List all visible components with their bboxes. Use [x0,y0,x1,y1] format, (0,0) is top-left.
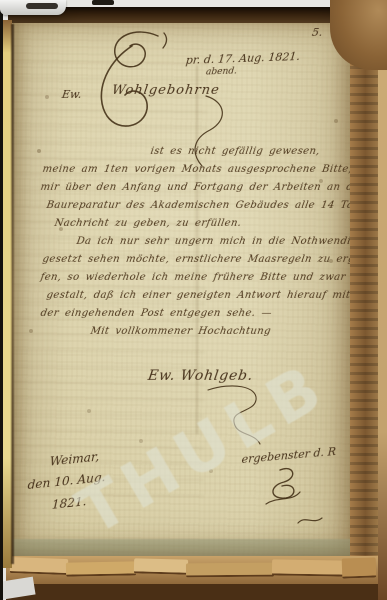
stack-shadow [6,584,378,600]
handwritten-line: Da ich nur sehr ungern mich in die Nothw… [75,236,380,254]
margin-ink-mark [296,512,324,528]
letter-body: ist es nicht gefällig gewesen, meine am … [40,146,378,344]
page-stack-right-edge [350,12,378,588]
signature-monogram [256,462,304,510]
handwritten-line: ist es nicht gefällig gewesen, [149,146,380,164]
scanner-clamp-slot [26,3,58,9]
handwritten-line: meine am 1ten vorigen Monats ausgesproch… [41,164,380,182]
signature-flourish [198,382,278,452]
torn-edge-fragment [342,557,377,578]
torn-edge-fragment [134,558,188,574]
scanner-edge-shadow [0,0,3,600]
manuscript-scan: 5. pr. d. 17. Aug. 1821. abend. Ew. Wohl… [0,0,387,600]
page-bottom-shadow-band [13,539,357,557]
handwritten-line: gestalt, daß ich einer geneigten Antwort… [45,290,380,308]
torn-edge-fragment [66,561,136,576]
handwritten-line: mir über den Anfang und Fortgang der Arb… [39,182,380,200]
initial-flourish [92,30,176,134]
page-number: 5. [311,26,323,39]
handwritten-line: fen, so wiederhole ich meine frühere Bit… [39,272,380,290]
gutter-crease [11,24,14,564]
handwritten-line: der eingehenden Post entgegen sehe. — [39,308,380,326]
page-stack-bottom-edge [6,556,378,600]
handwritten-line: Mit vollkommener Hochachtung [89,326,380,344]
salutation-prefix: Ew. [61,88,82,101]
handwritten-line: Nachricht zu geben, zu erfüllen. [53,218,380,236]
handwritten-line: Baureparatur des Akademischen Gebäudes a… [45,200,380,218]
handwritten-line: gesetzt sehen möchte, ernstlichere Maasr… [41,254,380,272]
received-note-line2: abend. [205,66,237,77]
torn-edge-fragment [272,559,346,576]
scanner-mark [92,0,114,5]
torn-edge-fragment [186,563,274,578]
torn-edge-fragment [10,557,69,575]
